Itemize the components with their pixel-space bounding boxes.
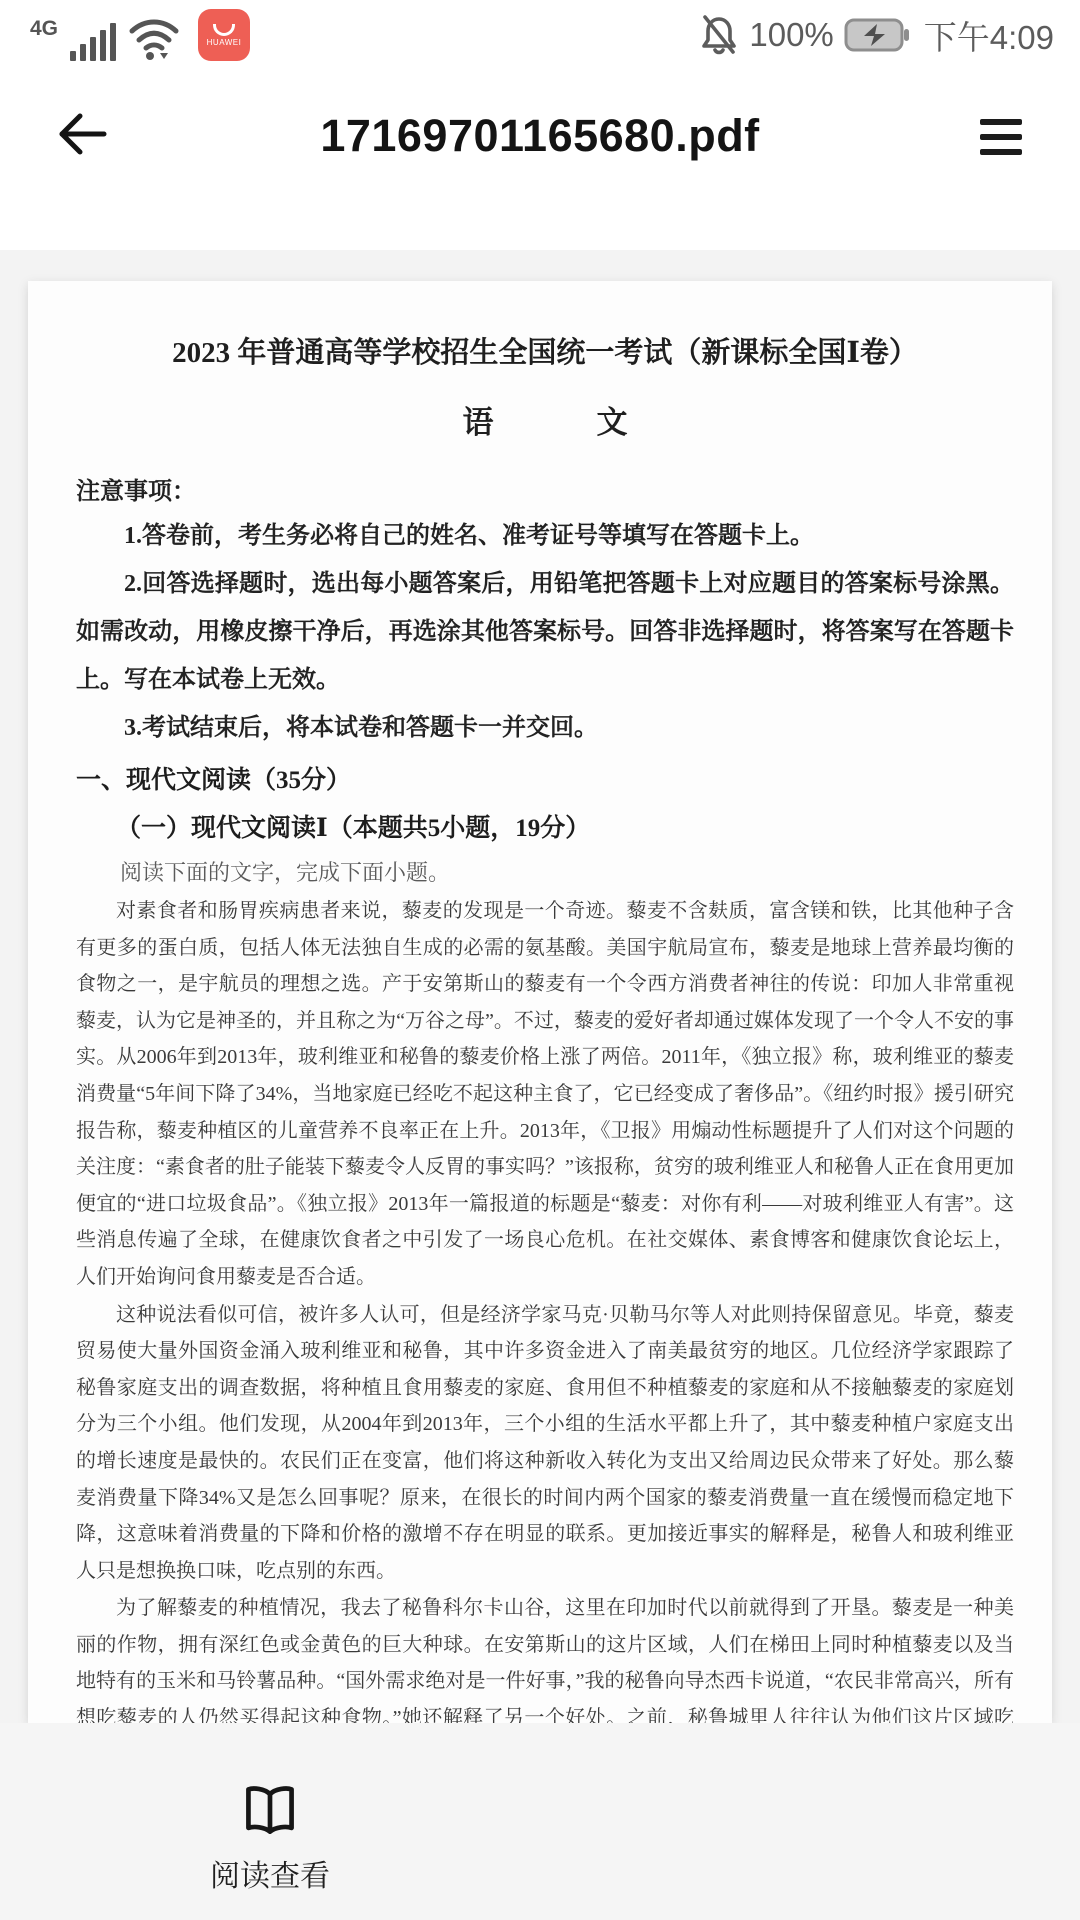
read-view-button[interactable]: 阅读查看 <box>185 1781 355 1895</box>
notice-item: 2.回答选择题时，选出每小题答案后，用铅笔把答题卡上对应题目的答案标号涂黑。如需… <box>76 560 1014 704</box>
status-bar: 4G HUAWEI 100% <box>0 0 1080 64</box>
bottom-toolbar: 阅读查看 <box>0 1723 1080 1920</box>
file-title: 17169701165680.pdf <box>0 110 1080 162</box>
read-view-label: 阅读查看 <box>210 1851 330 1895</box>
notice-item: 3.考试结束后，将本试卷和答题卡一并交回。 <box>76 704 1014 752</box>
notifications-off-icon <box>699 14 739 56</box>
appgallery-bag-glyph <box>213 24 235 36</box>
appgallery-brand-text: HUAWEI <box>207 39 242 47</box>
subsection-heading: （一）现代文阅读Ⅰ（本题共5小题，19分） <box>76 806 1014 852</box>
pdf-paragraph: 为了解藜麦的种植情况，我去了秘鲁科尔卡山谷，这里在印加时代以前就得到了开垦。藜麦… <box>76 1590 1014 1723</box>
huawei-appgallery-icon: HUAWEI <box>198 9 250 61</box>
menu-button[interactable] <box>980 114 1022 160</box>
battery-percent-label: 100% <box>749 16 833 54</box>
clock-label: 下午4:09 <box>924 12 1054 59</box>
pdf-paragraph: 这种说法看似可信，被许多人认可，但是经济学家马克·贝勒马尔等人对此则持保留意见。… <box>76 1297 1014 1590</box>
pdf-page: 2023 年普通高等学校招生全国统一考试（新课标全国Ⅰ卷） 语 文 注意事项： … <box>28 281 1052 1723</box>
notice-item: 1.答卷前，考生务必将自己的姓名、准考证号等填写在答题卡上。 <box>76 512 1014 560</box>
section-heading: 一、现代文阅读（35分） <box>76 756 1014 806</box>
battery-charging-icon <box>844 17 910 53</box>
wifi-icon <box>128 15 180 61</box>
pdf-viewer-canvas[interactable]: 2023 年普通高等学校招生全国统一考试（新课标全国Ⅰ卷） 语 文 注意事项： … <box>0 250 1080 1920</box>
exam-subject: 语 文 <box>76 397 1014 442</box>
exam-title: 2023 年普通高等学校招生全国统一考试（新课标全国Ⅰ卷） <box>76 333 1014 373</box>
notice-heading: 注意事项： <box>76 472 1014 512</box>
reading-instruction: 阅读下面的文字，完成下面小题。 <box>76 854 1014 892</box>
network-type-label: 4G <box>30 18 58 39</box>
pdf-paragraph: 对素食者和肠胃疾病患者来说，藜麦的发现是一个奇迹。藜麦不含麸质，富含镁和铁，比其… <box>76 893 1014 1296</box>
open-book-icon <box>239 1781 301 1841</box>
signal-strength-icon <box>70 21 116 61</box>
app-header: 17169701165680.pdf <box>0 64 1080 250</box>
